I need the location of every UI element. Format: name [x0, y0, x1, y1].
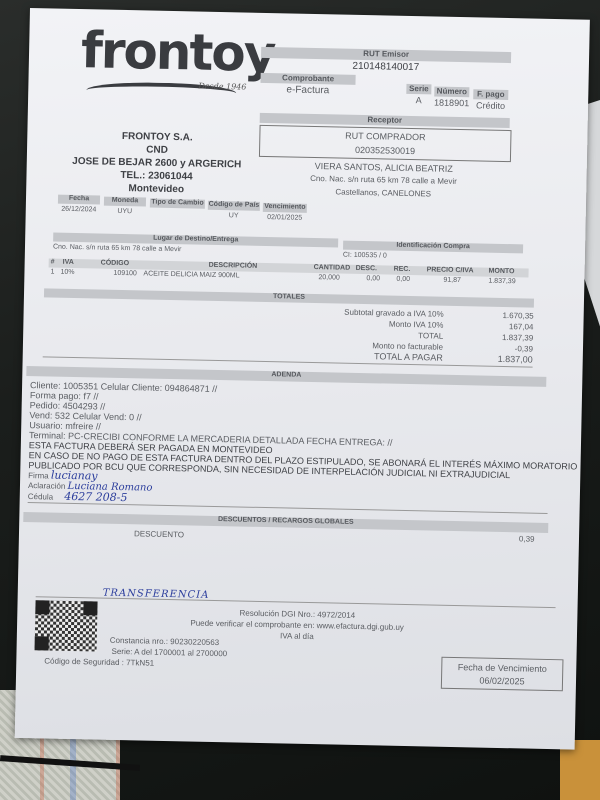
pais-value: UY	[208, 212, 260, 220]
col-precio: PRECIO C/IVA	[427, 266, 474, 274]
col-descripcion: DESCRIPCIÓN	[209, 262, 258, 270]
comprobante-label: Comprobante	[260, 73, 355, 85]
receptor-address: Cno. Nac. s/n ruta 65 km 78 calle a Mevi…	[258, 173, 508, 187]
invoice-paper: frontoy Desde 1946 FRONTOY S.A. CND JOSE…	[15, 8, 590, 750]
rut-comprador-value: 020352530019	[260, 143, 510, 158]
row-descripcion: ACEITE DELICIA MAIZ 900ML	[143, 270, 239, 279]
row-monto: 1.837,39	[488, 278, 515, 286]
firma-label: Firma	[28, 471, 49, 480]
numero-value: 1818901	[434, 97, 469, 108]
row-iva: 10%	[60, 269, 74, 276]
fpago-value: Crédito	[473, 100, 508, 111]
totals-block: Subtotal gravado a IVA 10%1.670,35 Monto…	[303, 306, 534, 366]
row-codigo: 109100	[113, 270, 137, 277]
constancia: Constancia nro.: 90230220563	[110, 636, 220, 647]
adenda-block: Cliente: 1005351 Celular Cliente: 094864…	[28, 380, 579, 513]
totals-value: 167,04	[509, 321, 534, 333]
row-precio: 91,87	[443, 277, 461, 284]
totals-value: 1.670,35	[502, 310, 533, 322]
row-rec: 0,00	[396, 276, 410, 283]
totals-label: TOTAL	[418, 330, 443, 342]
discount-label: DESCUENTO	[134, 529, 184, 539]
rut-comprador-label: RUT COMPRADOR	[260, 129, 510, 144]
row-desc: 0,00	[366, 275, 380, 282]
row-num: 1	[50, 268, 54, 275]
vencimiento-value: 02/01/2025	[263, 214, 307, 222]
col-monto: MONTO	[489, 268, 515, 276]
codigo-seguridad: Código de Seguridad : 7TkN51	[44, 656, 154, 667]
col-num: #	[51, 258, 55, 265]
col-rec: REC.	[394, 266, 411, 273]
vencimiento-box: Fecha de Vencimiento 06/02/2025	[441, 657, 564, 692]
qr-code-icon[interactable]	[35, 600, 98, 651]
discount-value: 0,39	[519, 534, 535, 543]
issuer-info: FRONTOY S.A. CND JOSE DE BEJAR 2600 y AR…	[66, 129, 247, 198]
col-cantidad: CANTIDAD	[314, 264, 351, 272]
aclaracion-label: Aclaración	[28, 481, 66, 491]
tipo-cambio-label: Tipo de Cambio	[150, 199, 205, 209]
col-iva: IVA	[63, 259, 74, 266]
totals-label: TOTAL A PAGAR	[374, 351, 443, 363]
cedula-handwritten: 4627 208-5	[64, 490, 127, 504]
identificacion-compra-value: CI: 100535 / 0	[343, 252, 387, 260]
divider	[36, 596, 556, 608]
cedula-label: Cédula	[28, 492, 54, 502]
moneda-label: Moneda	[104, 197, 146, 207]
totals-value: 1.837,00	[498, 354, 533, 366]
col-codigo: CÓDIGO	[101, 260, 130, 268]
fpago-label: F. pago	[473, 89, 508, 100]
moneda-value: UYU	[104, 208, 146, 216]
vencimiento-box-label: Fecha de Vencimiento	[442, 662, 562, 675]
pais-label: Código de País	[208, 201, 260, 211]
row-cantidad: 20,000	[318, 274, 340, 281]
logo-tagline: Desde 1946	[198, 82, 246, 92]
numero-label: Número	[434, 86, 469, 97]
destino-value: Cno. Nac. s/n ruta 65 km 78 calle a Mevi…	[53, 244, 182, 254]
totals-title: TOTALES	[44, 288, 534, 307]
tipo-cambio-value	[150, 210, 205, 211]
serie-rango: Serie: A del 1700001 al 2700000	[111, 647, 227, 658]
serie-label: Serie	[406, 84, 431, 95]
vencimiento-label: Vencimiento	[263, 203, 307, 213]
col-desc: DESC.	[356, 265, 378, 272]
fecha-label: Fecha	[58, 195, 100, 205]
vencimiento-box-value: 06/02/2025	[442, 675, 562, 688]
rut-comprador-box: RUT COMPRADOR 020352530019	[259, 125, 512, 162]
comprobante-value: e-Factura	[260, 84, 355, 97]
receptor-city: Castellanos, CANELONES	[258, 186, 508, 200]
discounts-title: DESCUENTOS / RECARGOS GLOBALES	[23, 512, 548, 533]
totals-value: 1.837,39	[502, 332, 533, 344]
serie-value: A	[406, 95, 431, 106]
fecha-value: 26/12/2024	[58, 206, 100, 214]
issuer-logo: frontoy	[81, 21, 275, 83]
totals-value: -0,39	[515, 343, 533, 354]
